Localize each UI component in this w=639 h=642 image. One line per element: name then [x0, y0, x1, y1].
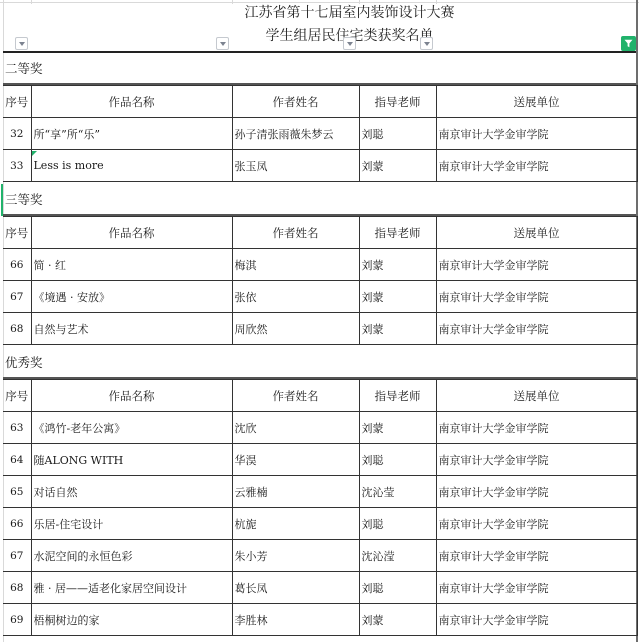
cell-work[interactable]: 水泥空间的永恒色彩 — [31, 540, 232, 572]
section-title-label: 三等奖 — [5, 192, 43, 207]
cell-error-indicator-icon[interactable] — [32, 151, 37, 156]
table-row: 66 乐居-住宅设计 杭旎 刘聪 南京审计大学金审学院 — [3, 508, 637, 540]
filter-dropdown-button[interactable] — [216, 37, 229, 50]
cell-seq[interactable]: 32 — [3, 118, 31, 150]
header-unit[interactable]: 送展单位 — [436, 380, 637, 412]
cell-author[interactable]: 朱小芳 — [232, 540, 359, 572]
cell-advisor[interactable]: 刘蒙 — [359, 313, 436, 345]
cell-advisor[interactable]: 刘聪 — [359, 444, 436, 476]
filter-dropdown-button[interactable] — [15, 37, 28, 50]
cell-unit[interactable]: 南京审计大学金审学院 — [436, 540, 637, 572]
cell-author[interactable]: 孙子清张雨薇朱梦云 — [232, 118, 359, 150]
table-row: 67 水泥空间的永恒色彩 朱小芳 沈沁滢 南京审计大学金审学院 — [3, 540, 637, 572]
cell-seq[interactable]: 67 — [3, 540, 31, 572]
cell-author[interactable]: 周欣然 — [232, 313, 359, 345]
cell-author[interactable]: 葛长凤 — [232, 572, 359, 604]
table-row: 66 简 · 红 梅淇 刘蒙 南京审计大学金审学院 — [3, 249, 637, 281]
header-seq[interactable]: 序号 — [3, 86, 31, 118]
cell-work[interactable]: 雅 · 居——适老化家居空间设计 — [31, 572, 232, 604]
cell-seq[interactable]: 66 — [3, 249, 31, 281]
header-author[interactable]: 作者姓名 — [232, 380, 359, 412]
cell-advisor[interactable]: 刘聪 — [359, 508, 436, 540]
cell-seq[interactable]: 64 — [3, 444, 31, 476]
cell-advisor[interactable]: 刘蒙 — [359, 412, 436, 444]
cell-advisor[interactable]: 沈沁滢 — [359, 540, 436, 572]
header-advisor[interactable]: 指导老师 — [359, 86, 436, 118]
header-seq[interactable]: 序号 — [3, 380, 31, 412]
header-unit[interactable]: 送展单位 — [436, 217, 637, 249]
table-header-row: 序号 作品名称 作者姓名 指导老师 送展单位 — [3, 217, 637, 249]
section-title-excellence-award[interactable]: 优秀奖 — [3, 347, 636, 379]
header-advisor[interactable]: 指导老师 — [359, 217, 436, 249]
cell-seq[interactable]: 66 — [3, 508, 31, 540]
header-author[interactable]: 作者姓名 — [232, 86, 359, 118]
table-row: 68 雅 · 居——适老化家居空间设计 葛长凤 刘聪 南京审计大学金审学院 — [3, 572, 637, 604]
title-line-1: 江苏省第十七届室内装饰设计大赛 — [60, 2, 639, 24]
cell-author[interactable]: 张玉凤 — [232, 150, 359, 182]
section-title-label: 优秀奖 — [5, 355, 43, 370]
header-work[interactable]: 作品名称 — [31, 380, 232, 412]
table-row: 67 《境遇 · 安放》 张依 刘蒙 南京审计大学金审学院 — [3, 281, 637, 313]
cell-unit[interactable]: 南京审计大学金审学院 — [436, 572, 637, 604]
award-table-third-prize: 序号 作品名称 作者姓名 指导老师 送展单位 66 简 · 红 梅淇 刘蒙 南京… — [3, 216, 638, 345]
header-work[interactable]: 作品名称 — [31, 86, 232, 118]
cell-unit[interactable]: 南京审计大学金审学院 — [436, 444, 637, 476]
cell-work[interactable]: 《鸿竹-老年公寓》 — [31, 412, 232, 444]
cell-work[interactable]: 自然与艺术 — [31, 313, 232, 345]
table-row: 64 随ALONG WITH 华淏 刘聪 南京审计大学金审学院 — [3, 444, 637, 476]
header-unit[interactable]: 送展单位 — [436, 86, 637, 118]
active-filter-button[interactable] — [621, 36, 636, 51]
award-table-second-prize: 序号 作品名称 作者姓名 指导老师 送展单位 32 所“享”所“乐” 孙子清张雨… — [3, 85, 638, 182]
cell-work[interactable]: 乐居-住宅设计 — [31, 508, 232, 540]
cell-unit[interactable]: 南京审计大学金审学院 — [436, 313, 637, 345]
cell-seq[interactable]: 67 — [3, 281, 31, 313]
cell-author[interactable]: 云雅楠 — [232, 476, 359, 508]
cell-author[interactable]: 李胜林 — [232, 604, 359, 636]
chevron-down-icon — [19, 42, 25, 46]
cell-work[interactable]: 对话自然 — [31, 476, 232, 508]
title-cell[interactable]: 江苏省第十七届室内装饰设计大赛 学生组居民住宅类获奖名单 — [0, 2, 639, 52]
table-header-row: 序号 作品名称 作者姓名 指导老师 送展单位 — [3, 380, 637, 412]
cell-unit[interactable]: 南京审计大学金审学院 — [436, 118, 637, 150]
header-work[interactable]: 作品名称 — [31, 217, 232, 249]
header-author[interactable]: 作者姓名 — [232, 217, 359, 249]
cell-unit[interactable]: 南京审计大学金审学院 — [436, 412, 637, 444]
chevron-down-icon — [347, 42, 353, 46]
cell-author[interactable]: 沈欣 — [232, 412, 359, 444]
table-row: 63 《鸿竹-老年公寓》 沈欣 刘蒙 南京审计大学金审学院 — [3, 412, 637, 444]
cell-unit[interactable]: 南京审计大学金审学院 — [436, 604, 637, 636]
chevron-down-icon — [424, 42, 430, 46]
table-row: 68 自然与艺术 周欣然 刘蒙 南京审计大学金审学院 — [3, 313, 637, 345]
section-title-label: 二等奖 — [5, 61, 43, 76]
cell-work[interactable]: 梧桐树边的家 — [31, 604, 232, 636]
cell-work[interactable]: 简 · 红 — [31, 249, 232, 281]
cell-advisor[interactable]: 沈沁莹 — [359, 476, 436, 508]
section-title-third-prize[interactable]: 三等奖 — [3, 184, 636, 216]
cell-unit[interactable]: 南京审计大学金审学院 — [436, 476, 637, 508]
spreadsheet-sheet: 江苏省第十七届室内装饰设计大赛 学生组居民住宅类获奖名单 二等奖 序号 作品名称… — [0, 0, 639, 642]
award-table-excellence: 序号 作品名称 作者姓名 指导老师 送展单位 63 《鸿竹-老年公寓》 沈欣 刘… — [3, 379, 638, 636]
section-title-second-prize[interactable]: 二等奖 — [3, 53, 636, 85]
cell-seq[interactable]: 33 — [3, 150, 31, 182]
cell-work[interactable]: 随ALONG WITH — [31, 444, 232, 476]
funnel-icon — [624, 39, 633, 48]
cell-unit[interactable]: 南京审计大学金审学院 — [436, 249, 637, 281]
filter-dropdown-button[interactable] — [343, 37, 356, 50]
chevron-down-icon — [220, 42, 226, 46]
header-seq[interactable]: 序号 — [3, 217, 31, 249]
cell-author[interactable]: 杭旎 — [232, 508, 359, 540]
cell-seq[interactable]: 68 — [3, 313, 31, 345]
cell-unit[interactable]: 南京审计大学金审学院 — [436, 281, 637, 313]
cell-work[interactable]: Less is more — [31, 150, 232, 182]
cell-work[interactable]: 所“享”所“乐” — [31, 118, 232, 150]
cell-advisor[interactable]: 刘蒙 — [359, 150, 436, 182]
table-row: 33 Less is more 张玉凤 刘蒙 南京审计大学金审学院 — [3, 150, 637, 182]
cell-author[interactable]: 梅淇 — [232, 249, 359, 281]
cell-seq[interactable]: 63 — [3, 412, 31, 444]
cell-advisor[interactable]: 刘蒙 — [359, 604, 436, 636]
cell-seq[interactable]: 65 — [3, 476, 31, 508]
table-row: 69 梧桐树边的家 李胜林 刘蒙 南京审计大学金审学院 — [3, 604, 637, 636]
cell-seq[interactable]: 68 — [3, 572, 31, 604]
cell-author[interactable]: 张依 — [232, 281, 359, 313]
header-advisor[interactable]: 指导老师 — [359, 380, 436, 412]
filter-dropdown-button[interactable] — [420, 37, 433, 50]
table-header-row: 序号 作品名称 作者姓名 指导老师 送展单位 — [3, 86, 637, 118]
cell-unit[interactable]: 南京审计大学金审学院 — [436, 508, 637, 540]
cell-seq[interactable]: 69 — [3, 604, 31, 636]
cell-advisor[interactable]: 刘聪 — [359, 572, 436, 604]
table-row: 65 对话自然 云雅楠 沈沁莹 南京审计大学金审学院 — [3, 476, 637, 508]
cell-advisor[interactable]: 刘蒙 — [359, 281, 436, 313]
cell-author[interactable]: 华淏 — [232, 444, 359, 476]
cell-advisor[interactable]: 刘聪 — [359, 118, 436, 150]
cell-unit[interactable]: 南京审计大学金审学院 — [436, 150, 637, 182]
table-row: 32 所“享”所“乐” 孙子清张雨薇朱梦云 刘聪 南京审计大学金审学院 — [3, 118, 637, 150]
cell-advisor[interactable]: 刘蒙 — [359, 249, 436, 281]
cell-work[interactable]: 《境遇 · 安放》 — [31, 281, 232, 313]
